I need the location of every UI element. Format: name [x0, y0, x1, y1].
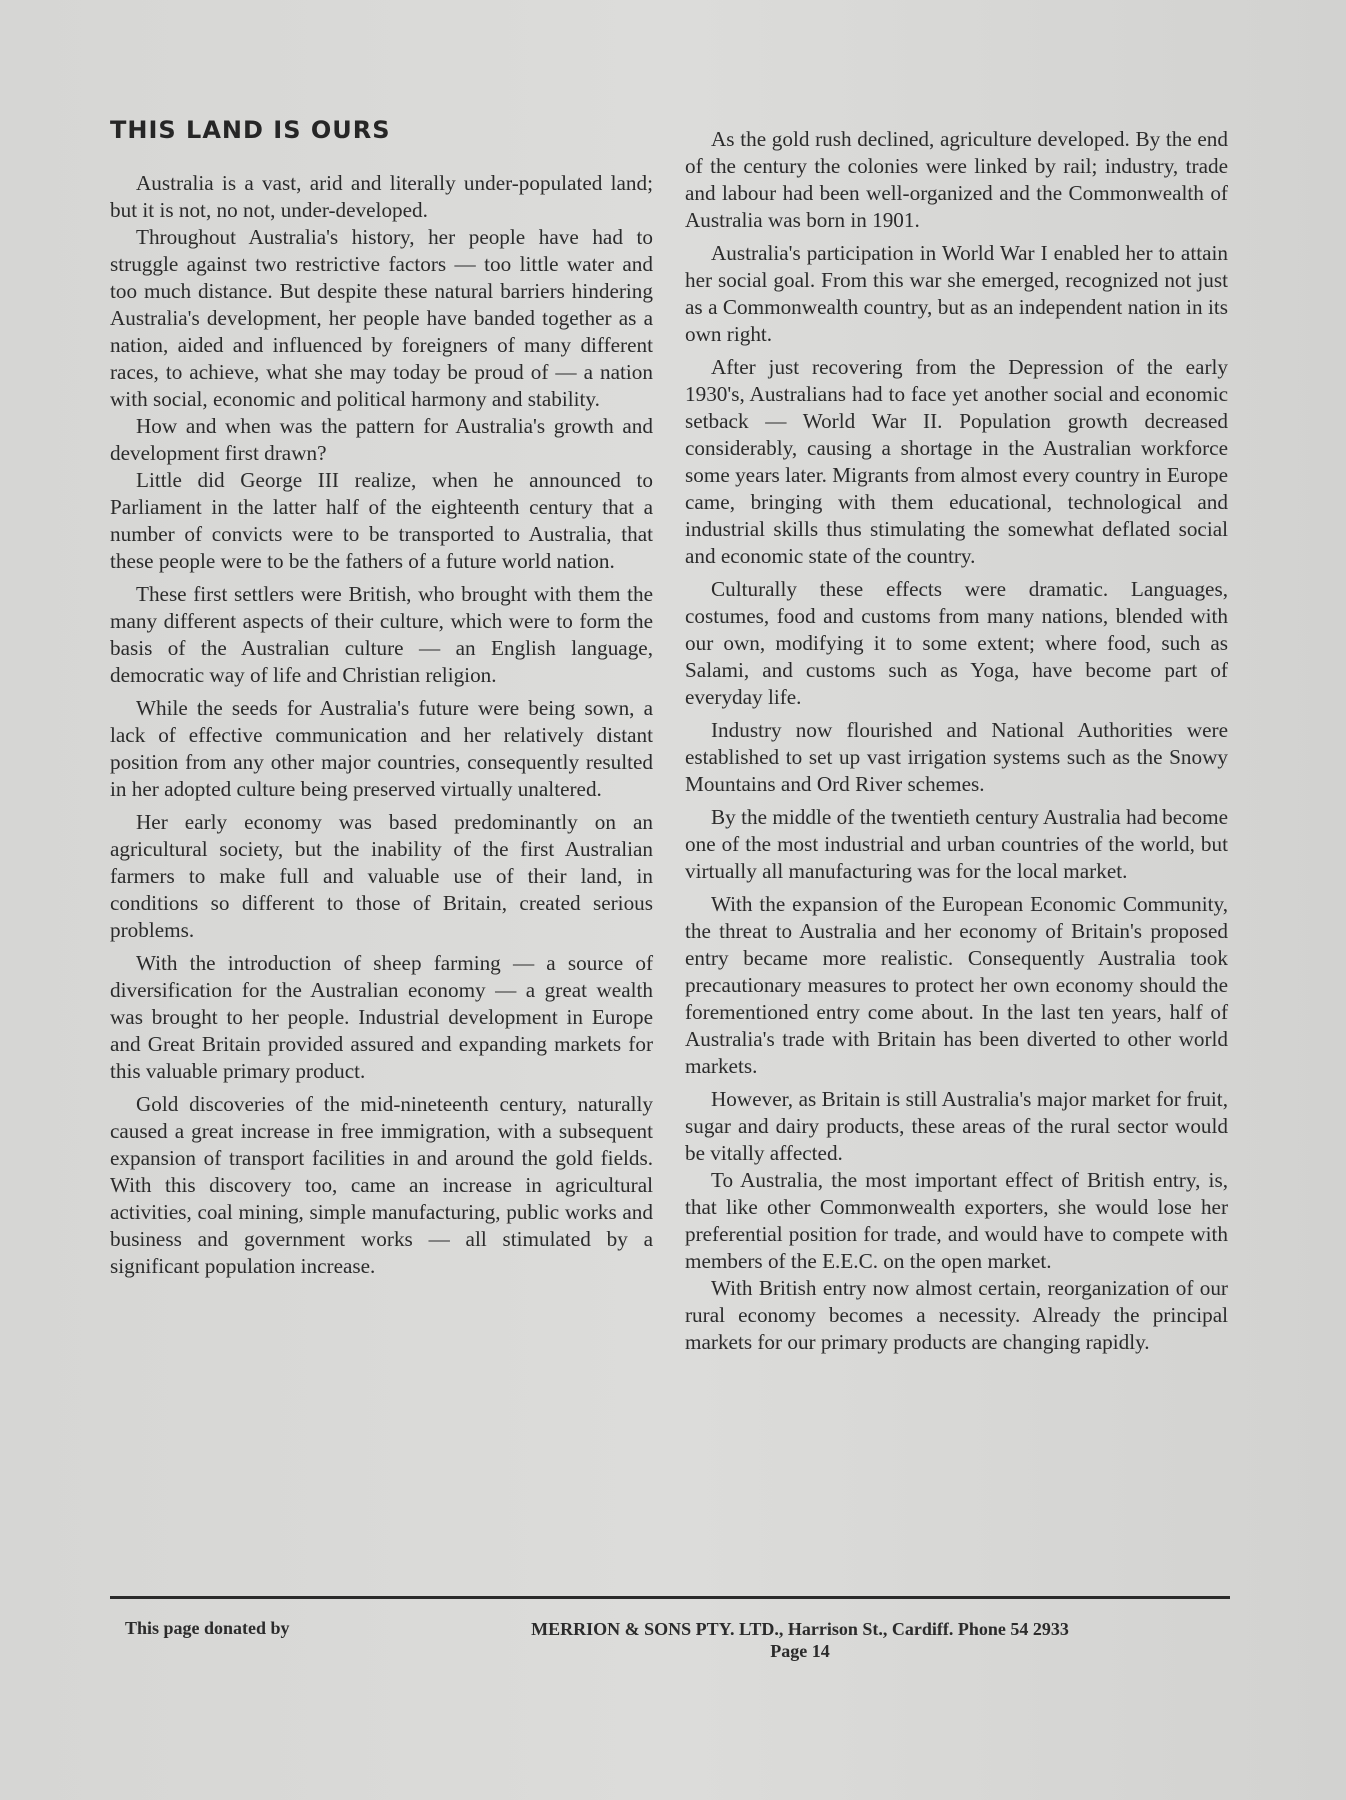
- paragraph: With the introduction of sheep farming —…: [110, 950, 653, 1085]
- sponsor-text: MERRION & SONS PTY. LTD., Harrison St., …: [440, 1618, 1160, 1640]
- donated-by-label: This page donated by: [125, 1618, 290, 1639]
- footer-sponsor: MERRION & SONS PTY. LTD., Harrison St., …: [440, 1618, 1160, 1662]
- paragraph: As the gold rush declined, agriculture d…: [685, 126, 1228, 234]
- paragraph: Australia's participation in World War I…: [685, 240, 1228, 348]
- left-column: Australia is a vast, arid and literally …: [110, 170, 653, 1280]
- paragraph: Little did George III realize, when he a…: [110, 467, 653, 575]
- paragraph: To Australia, the most important effect …: [685, 1167, 1228, 1275]
- footer-divider: [110, 1596, 1230, 1599]
- paragraph: With the expansion of the European Econo…: [685, 891, 1228, 1080]
- paragraph: Australia is a vast, arid and literally …: [110, 170, 653, 224]
- paragraph: Industry now flourished and National Aut…: [685, 717, 1228, 798]
- paragraph: Culturally these effects were dramatic. …: [685, 576, 1228, 711]
- paragraph: While the seeds for Australia's future w…: [110, 695, 653, 803]
- paragraph: These first settlers were British, who b…: [110, 581, 653, 689]
- paragraph: Throughout Australia's history, her peop…: [110, 224, 653, 413]
- paragraph: By the middle of the twentieth century A…: [685, 804, 1228, 885]
- document-page: THIS LAND IS OURS Australia is a vast, a…: [0, 0, 1346, 1800]
- paragraph: With British entry now almost certain, r…: [685, 1275, 1228, 1356]
- page-number: Page 14: [440, 1640, 1160, 1662]
- paragraph: How and when was the pattern for Austral…: [110, 413, 653, 467]
- article-title: THIS LAND IS OURS: [110, 116, 390, 144]
- paragraph: Gold discoveries of the mid-nineteenth c…: [110, 1091, 653, 1280]
- paragraph: However, as Britain is still Australia's…: [685, 1086, 1228, 1167]
- right-column: As the gold rush declined, agriculture d…: [685, 126, 1228, 1356]
- paragraph: After just recovering from the Depressio…: [685, 354, 1228, 570]
- paragraph: Her early economy was based predominantl…: [110, 809, 653, 944]
